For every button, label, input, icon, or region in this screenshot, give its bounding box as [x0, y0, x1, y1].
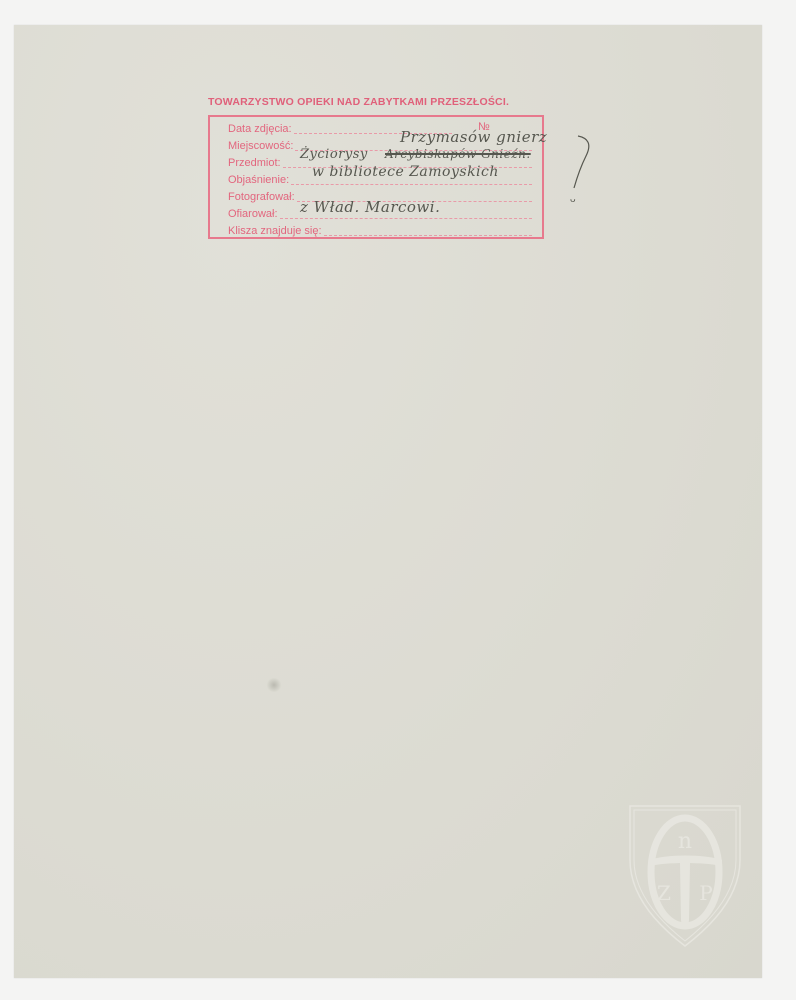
field-label: Data zdjęcia: [228, 123, 292, 136]
field-label: Miejscowość: [228, 140, 293, 153]
field-klisza: Klisza znajduje się: [228, 223, 532, 238]
tonzp-shield-watermark-icon: n Z P [626, 800, 744, 950]
dotted-line [291, 183, 532, 185]
pencil-mark: ᴗ [570, 194, 576, 205]
handwriting-miejscowosc: Przymasów gnierz [400, 128, 547, 146]
dotted-line [280, 217, 532, 219]
dotted-line [324, 234, 532, 236]
field-label: Ofiarował: [228, 208, 278, 221]
field-label: Objaśnienie: [228, 174, 289, 187]
handwritten-bracket-mark [572, 134, 594, 190]
stain-spot [266, 678, 282, 692]
handwriting-przedmiot-struck: Arcybiskupów Gnieźn. [385, 147, 531, 161]
field-label: Przedmiot: [228, 157, 281, 170]
handwriting-przedmiot: Życiorysy [300, 147, 368, 162]
stamp-title: TOWARZYSTWO OPIEKI NAD ZABYTKAMI PRZESZŁ… [208, 96, 558, 108]
handwriting-ofiarowal: z Wład. Marcowi. [300, 198, 440, 216]
handwriting-objasnienie: w bibliotece Zamoyskich [312, 164, 499, 180]
field-label: Klisza znajduje się: [228, 225, 322, 238]
field-label: Fotografował: [228, 191, 295, 204]
svg-text:n: n [678, 829, 692, 854]
svg-text:P: P [699, 881, 712, 905]
svg-text:Z: Z [657, 881, 671, 905]
